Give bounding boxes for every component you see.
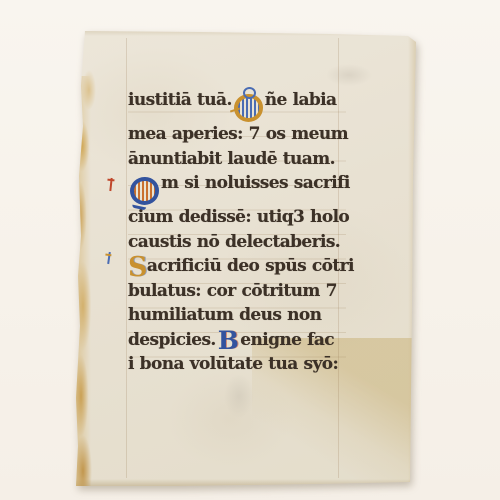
- text-line-7: Sacrificiū deo spūs cōtri: [128, 254, 346, 279]
- line-text: despicies.: [128, 330, 216, 350]
- top-left-stain: [82, 70, 96, 110]
- text-line-1: iustitiā tuā.Dñe labia: [128, 88, 346, 122]
- manuscript-leaf-wrap: iustitiā tuā.Dñe labia mea aperies: 7 os…: [74, 26, 422, 488]
- text-block: iustitiā tuā.Dñe labia mea aperies: 7 os…: [128, 88, 346, 377]
- line-text: m si noluisses sacrifi: [161, 173, 350, 193]
- top-right-smudge: [326, 64, 372, 86]
- illuminated-initial-B: B: [218, 336, 239, 346]
- manuscript-leaf: iustitiā tuā.Dñe labia mea aperies: 7 os…: [74, 26, 422, 488]
- left-edge-stain: [74, 76, 100, 486]
- text-line-8: bulatus: cor cōtritum 7: [128, 279, 346, 304]
- illuminated-initial-Q: Q: [130, 177, 159, 205]
- line-text: mea aperies: 7 os meum: [128, 124, 348, 144]
- line-text: humiliatum deus non: [128, 305, 321, 325]
- blue-paragraph-mark: [107, 252, 111, 264]
- photo-background: iustitiā tuā.Dñe labia mea aperies: 7 os…: [0, 0, 500, 500]
- text-line-9: humiliatum deus non: [128, 303, 346, 328]
- vertical-ruling-left: [126, 38, 127, 478]
- red-paragraph-mark: [109, 178, 112, 191]
- text-line-3: ānuntiabit laudē tuam.: [128, 147, 346, 172]
- line-text: acrificiū deo spūs cōtri: [147, 256, 354, 276]
- line-text: enigne fac: [240, 330, 334, 350]
- text-line-11: i bona volūtate tua syō:: [128, 352, 346, 377]
- line-text: bulatus: cor cōtritum 7: [128, 281, 337, 301]
- text-line-5: cium dedissē: utiq3 holo: [128, 205, 346, 230]
- illuminated-initial-S: S: [128, 263, 147, 273]
- line-text: caustis nō delectaberis.: [128, 232, 340, 252]
- line-text: i bona volūtate tua syō:: [128, 354, 338, 374]
- text-line-10: despicies.Benigne fac: [128, 328, 346, 353]
- line-text: ñe labia: [265, 90, 337, 110]
- text-line-4: Qm si noluisses sacrifi: [128, 171, 346, 205]
- illuminated-initial-D: D: [234, 94, 263, 122]
- text-line-6: caustis nō delectaberis.: [128, 230, 346, 255]
- bottom-smudge: [224, 374, 254, 418]
- text-line-2: mea aperies: 7 os meum: [128, 122, 346, 147]
- leaf-edge-top: [74, 30, 422, 36]
- line-text: cium dedissē: utiq3 holo: [128, 207, 349, 227]
- line-text: ānuntiabit laudē tuam.: [128, 149, 335, 169]
- line-text: iustitiā tuā.: [128, 90, 232, 110]
